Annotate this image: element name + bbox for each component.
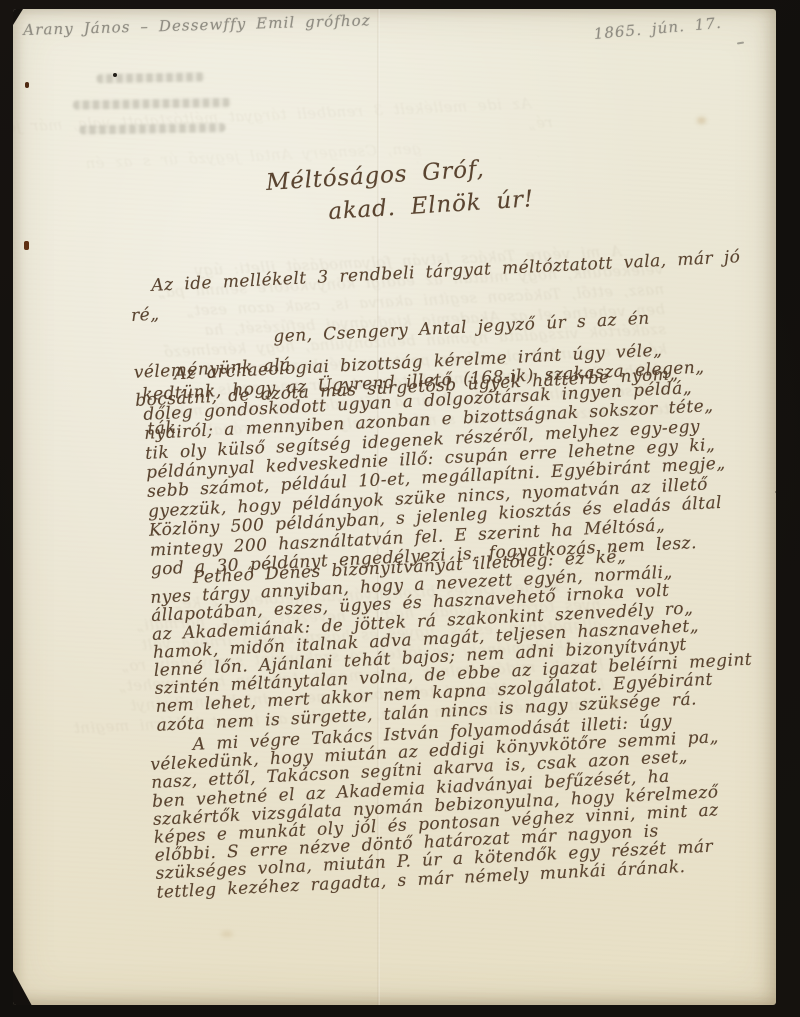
paragraph-3: Petheő Dénes bizonyítványát illetőleg: e… — [149, 542, 754, 735]
edge-rust-speck — [25, 82, 29, 88]
worn-corner — [13, 9, 23, 25]
edge-tear-notch — [775, 483, 776, 501]
pencil-dash — [737, 42, 744, 45]
letter-page: A mi végre Takács István folyamodását il… — [13, 9, 776, 1005]
date-note: 1865. jún. 17. — [593, 14, 723, 43]
stamp-line — [73, 98, 231, 110]
foxing-spot — [221, 931, 233, 937]
paragraph-2: Az archaeologiai bizottság kérelme iránt… — [141, 339, 730, 581]
edge-rust-speck — [24, 241, 29, 250]
salutation-line1: Méltóságos Gróf, — [265, 156, 485, 196]
ink-speck — [113, 73, 117, 77]
salutation: Méltóságos Gróf, akad. Elnök úr! — [265, 150, 535, 233]
archivist-annotation: Arany János – Dessewffy Emil grófhoz — [23, 11, 371, 39]
stamp-line — [96, 72, 204, 83]
archive-stamp — [68, 65, 269, 140]
paragraph-4: A mi végre Takács István folyamodását il… — [149, 710, 725, 901]
foxing-spot — [697, 117, 706, 124]
worn-corner — [13, 971, 37, 1005]
stamp-line — [79, 123, 225, 135]
